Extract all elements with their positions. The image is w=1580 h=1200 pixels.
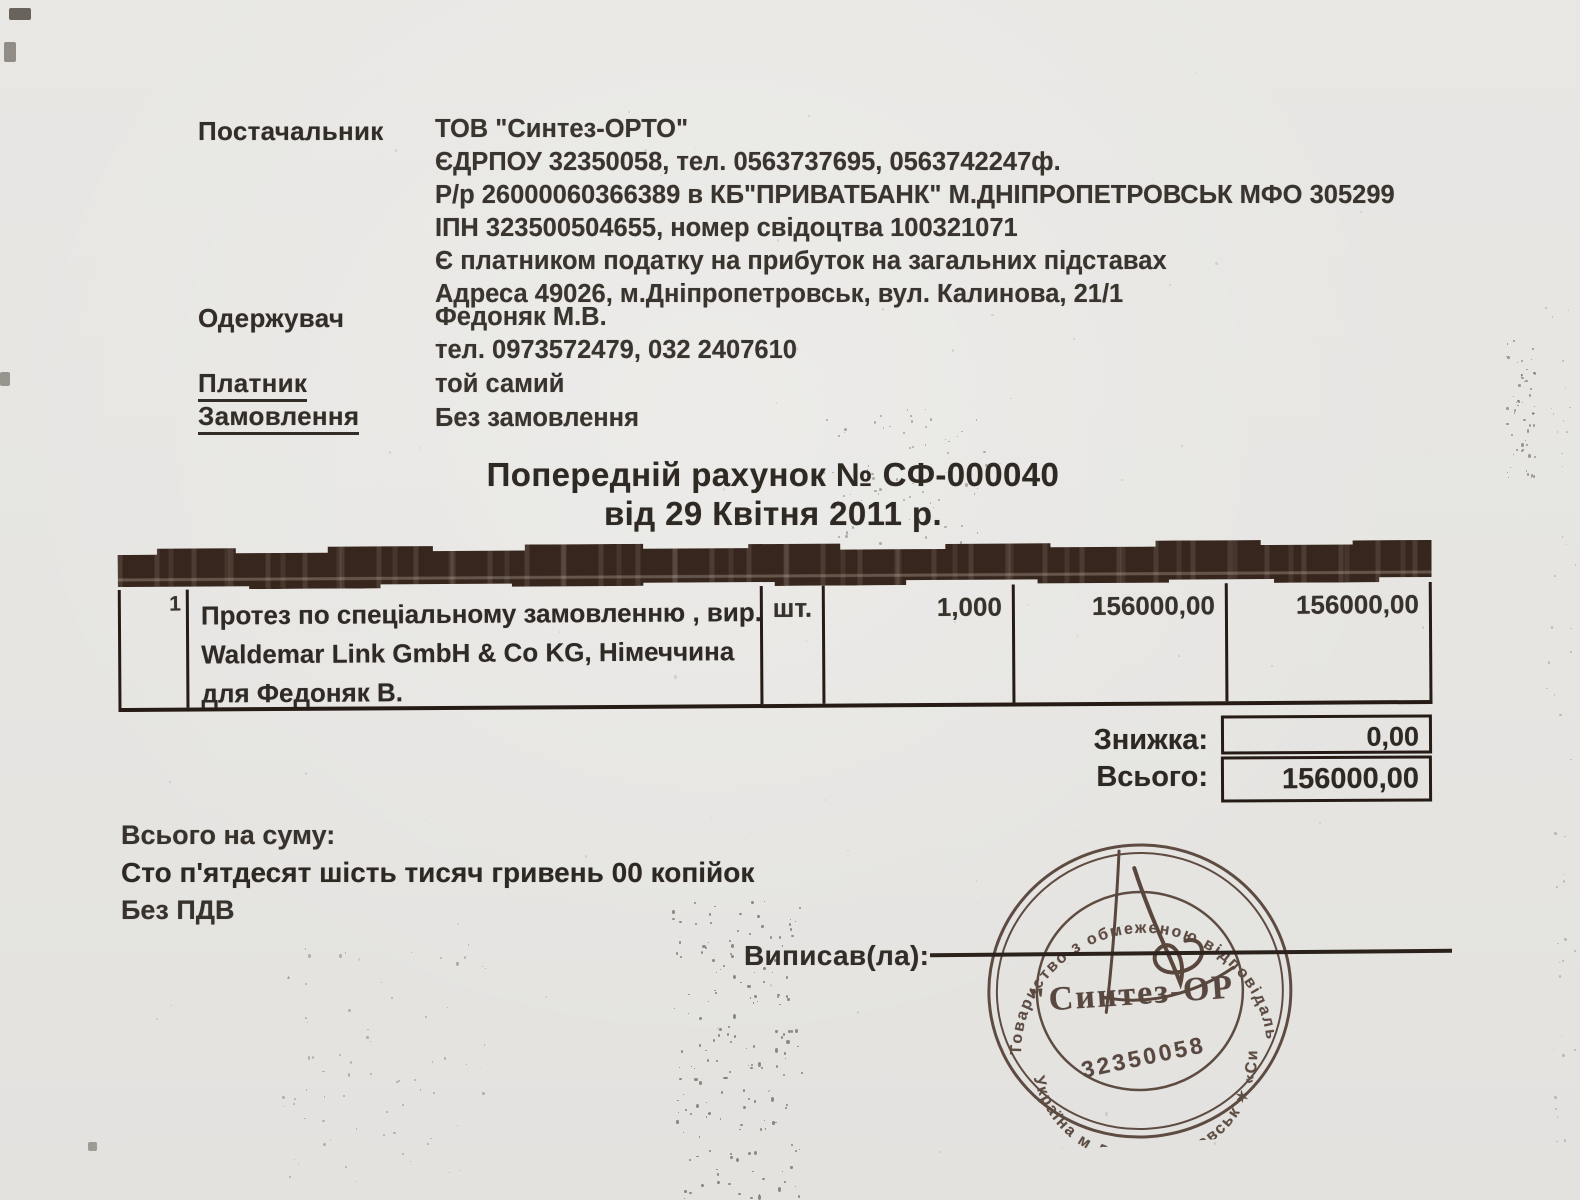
payer-value: той самий bbox=[435, 368, 564, 401]
payer-label: Платник bbox=[198, 368, 307, 402]
recipient-details: Федоняк М.В. тел. 0973572479, 032 240761… bbox=[435, 301, 797, 367]
issued-by-label: Виписав(ла): bbox=[744, 940, 929, 972]
row-amount-cell: 156000,00 bbox=[1228, 582, 1430, 701]
amount-in-words: Сто п'ятдесят шість тисяч гривень 00 коп… bbox=[121, 857, 754, 889]
amount-summary: Всього на суму: Сто п'ятдесят шість тися… bbox=[121, 820, 754, 926]
discount-label: Знижка: bbox=[948, 724, 1208, 757]
document-title: Попередній рахунок № СФ-000040 від 29 Кв… bbox=[0, 455, 1546, 533]
stamp-edrpou-number: 32350058 bbox=[1079, 1031, 1208, 1083]
scan-artifact bbox=[9, 8, 31, 20]
vat-note: Без ПДВ bbox=[121, 895, 754, 926]
description-line: для Федоняк В. bbox=[201, 671, 750, 713]
description-line: Протез по спеціальному замовленню , вир. bbox=[201, 593, 750, 635]
total-value-box: 156000,00 bbox=[1221, 755, 1432, 802]
recipient-line: Федоняк М.В. bbox=[435, 301, 797, 334]
supplier-line: Є платником податку на прибуток на загал… bbox=[435, 245, 1395, 278]
supplier-line: ЄДРПОУ 32350058, тел. 0563737695, 056374… bbox=[435, 146, 1395, 179]
order-label: Замовлення bbox=[198, 401, 359, 435]
total-label: Всього: bbox=[948, 761, 1208, 794]
document-title-line2: від 29 Квітня 2011 р. bbox=[0, 494, 1546, 533]
row-number-cell: 1 bbox=[121, 590, 190, 708]
stamp-company-name: "Синтез-ОР bbox=[1027, 968, 1236, 1019]
amount-summary-label: Всього на суму: bbox=[121, 820, 754, 851]
row-description-cell: Протез по спеціальному замовленню , вир.… bbox=[189, 586, 764, 708]
supplier-label: Постачальник bbox=[198, 116, 384, 147]
supplier-details: ТОВ "Синтез-ОРТО" ЄДРПОУ 32350058, тел. … bbox=[435, 113, 1395, 311]
row-price-cell: 156000,00 bbox=[1015, 583, 1229, 702]
row-unit-cell: шт. bbox=[763, 586, 826, 704]
scan-artifact bbox=[0, 372, 10, 386]
table-header-texture bbox=[117, 537, 1431, 590]
scan-artifact bbox=[88, 1142, 97, 1151]
table-header-band bbox=[117, 537, 1431, 590]
scan-artifact bbox=[4, 42, 16, 62]
supplier-line: ТОВ "Синтез-ОРТО" bbox=[435, 113, 1395, 146]
supplier-line: ІПН 323500504655, номер свідоцтва 100321… bbox=[435, 212, 1395, 245]
table-row: 1 Протез по спеціальному замовленню , ви… bbox=[118, 582, 1433, 712]
company-stamp: Товариство з обмеженою відповідальністю … bbox=[973, 831, 1307, 1154]
supplier-line: Р/р 26000060366389 в КБ"ПРИВАТБАНК" М.ДН… bbox=[435, 179, 1395, 212]
description-line: Waldemar Link GmbH & Co KG, Німеччина bbox=[201, 632, 750, 674]
order-value: Без замовлення bbox=[435, 402, 639, 435]
recipient-label: Одержувач bbox=[198, 303, 344, 334]
scanned-invoice-page: Постачальник ТОВ "Синтез-ОРТО" ЄДРПОУ 32… bbox=[0, 0, 1580, 1200]
document-title-line1: Попередній рахунок № СФ-000040 bbox=[0, 455, 1546, 494]
items-table: 1 Протез по спеціальному замовленню , ви… bbox=[117, 537, 1432, 712]
discount-value-box: 0,00 bbox=[1221, 714, 1432, 754]
row-quantity-cell: 1,000 bbox=[825, 585, 1016, 704]
stamp-ring-top-text: Товариство з обмеженою відповідальністю bbox=[973, 831, 1280, 1061]
recipient-line: тел. 0973572479, 032 2407610 bbox=[435, 334, 797, 367]
